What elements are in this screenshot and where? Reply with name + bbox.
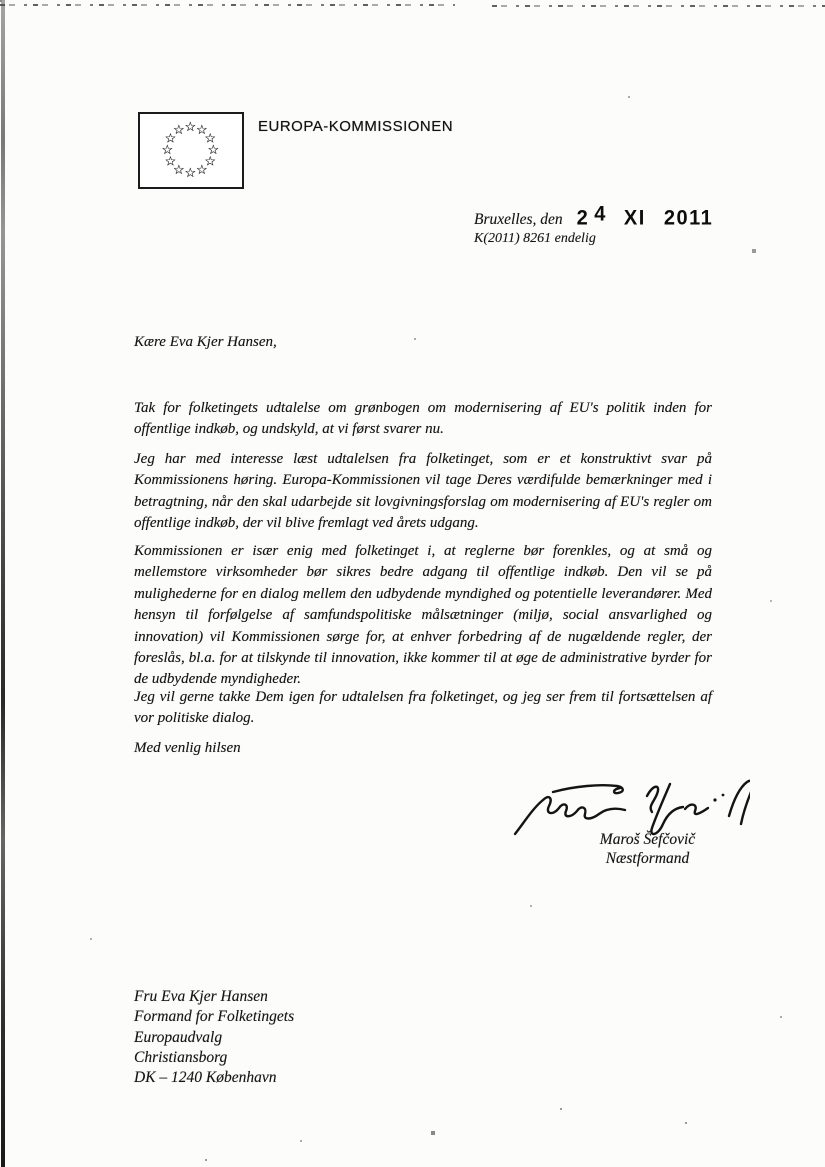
document-reference: K(2011) 8261 endelig [474,231,596,247]
recipient-line: Fru Eva Kjer Hansen [134,987,294,1007]
closing-salute: Med venlig hilsen [134,738,241,759]
organization-name: EUROPA-KOMMISSIONEN [258,118,453,135]
scan-noise-specks [0,0,2,2]
recipient-address: Fru Eva Kjer Hansen Formand for Folketin… [134,987,294,1088]
stamp-date-year: 2011 [664,206,713,230]
stamp-date-day-digit: 2 [577,206,590,230]
stamp-date-day-digit: 4 [594,202,607,226]
eu-flag-logo [138,112,244,189]
stamp-date-month: XI [624,206,646,230]
letter-paragraph: Jeg har med interesse læst udtalelsen fr… [134,449,712,535]
scan-edge-line [1,0,5,1167]
recipient-line: Formand for Folketingets [134,1007,294,1027]
recipient-line: DK – 1240 København [134,1068,294,1088]
signatory-title: Næstformand [545,850,750,868]
scan-dashed-line [492,5,825,7]
date-place-prefix: Bruxelles, den [474,211,563,228]
letter-paragraph: Jeg vil gerne takke Dem igen for udtalel… [134,687,712,730]
signatory-name: Maroš Šefčovič [545,831,750,849]
dateline: Bruxelles, den24XI2011 [474,207,713,230]
letter-paragraph: Kommissionen er især enig med folketinge… [134,541,712,691]
letter-paragraph: Tak for folketingets udtalelse om grønbo… [134,398,712,441]
recipient-line: Christiansborg [134,1048,294,1068]
scan-dashed-line [0,4,455,6]
signature-block: Maroš Šefčovič Næstformand [545,831,750,868]
salutation: Kære Eva Kjer Hansen, [134,332,277,353]
recipient-line: Europaudvalg [134,1028,294,1048]
